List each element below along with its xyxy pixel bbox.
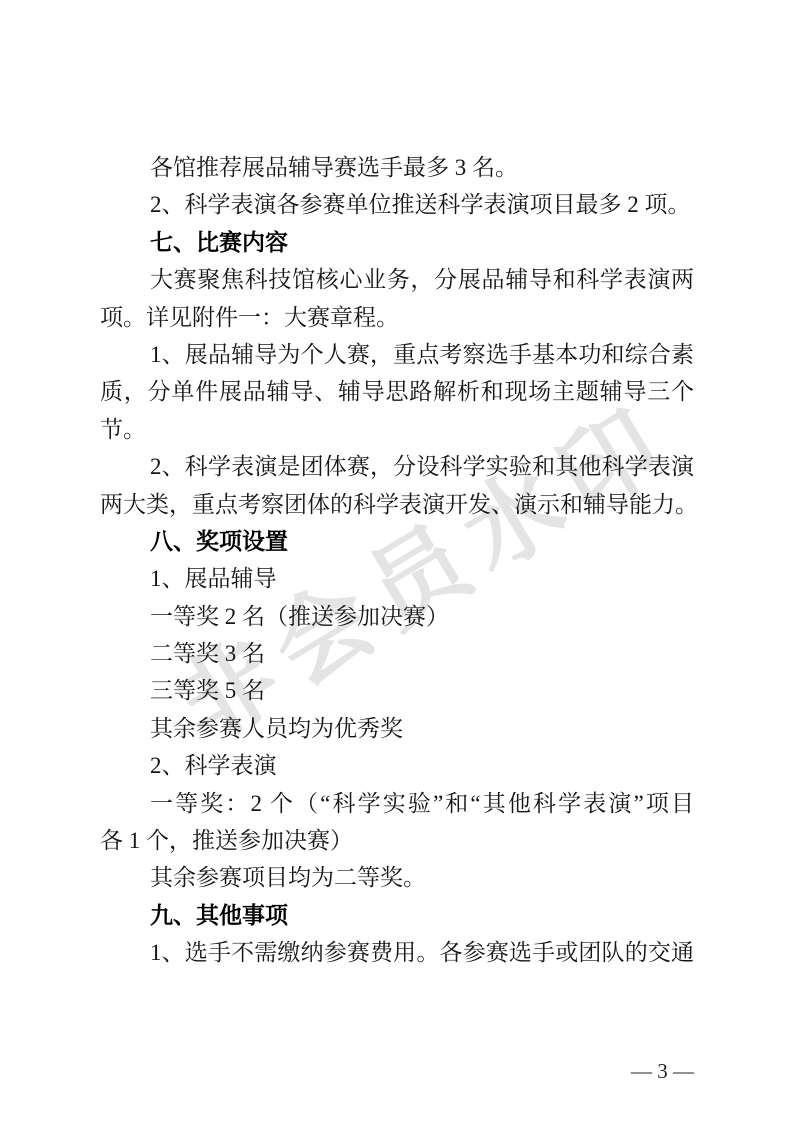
heading-line: 九、其他事项 bbox=[100, 897, 694, 934]
text-line: 项。详见附件一：大赛章程。 bbox=[100, 299, 694, 336]
text-line: 1、展品辅导为个人赛，重点考察选手基本功和综合素 bbox=[100, 336, 694, 373]
heading-line: 七、比赛内容 bbox=[100, 224, 694, 261]
text-line: 1、选手不需缴纳参赛费用。各参赛选手或团队的交通 bbox=[100, 934, 694, 971]
text-line: 一等奖：2 个（“科学实验”和“其他科学表演”项目 bbox=[100, 785, 694, 822]
text-line: 各 1 个，推送参加决赛） bbox=[100, 822, 694, 859]
text-line: 各馆推荐展品辅导赛选手最多 3 名。 bbox=[100, 149, 694, 186]
text-line: 1、展品辅导 bbox=[100, 560, 694, 597]
heading-line: 八、奖项设置 bbox=[100, 523, 694, 560]
page-number: — 3 — bbox=[631, 1058, 694, 1084]
text-line: 一等奖 2 名（推送参加决赛） bbox=[100, 598, 694, 635]
text-line: 两大类，重点考察团体的科学表演开发、演示和辅导能力。 bbox=[100, 486, 694, 523]
document-lines: 各馆推荐展品辅导赛选手最多 3 名。2、科学表演各参赛单位推送科学表演项目最多 … bbox=[100, 149, 694, 972]
text-line: 二等奖 3 名 bbox=[100, 635, 694, 672]
text-line: 2、科学表演是团体赛，分设科学实验和其他科学表演 bbox=[100, 448, 694, 485]
text-line: 质，分单件展品辅导、辅导思路解析和现场主题辅导三个环 bbox=[100, 373, 694, 410]
text-line: 三等奖 5 名 bbox=[100, 672, 694, 709]
text-line: 其余参赛项目均为二等奖。 bbox=[100, 859, 694, 896]
text-line: 节。 bbox=[100, 411, 694, 448]
text-line: 大赛聚焦科技馆核心业务，分展品辅导和科学表演两 bbox=[100, 261, 694, 298]
text-line: 2、科学表演 bbox=[100, 747, 694, 784]
text-line: 其余参赛人员均为优秀奖 bbox=[100, 710, 694, 747]
text-line: 2、科学表演各参赛单位推送科学表演项目最多 2 项。 bbox=[100, 186, 694, 223]
document-page: 非会员水印 各馆推荐展品辅导赛选手最多 3 名。2、科学表演各参赛单位推送科学表… bbox=[0, 0, 794, 1122]
